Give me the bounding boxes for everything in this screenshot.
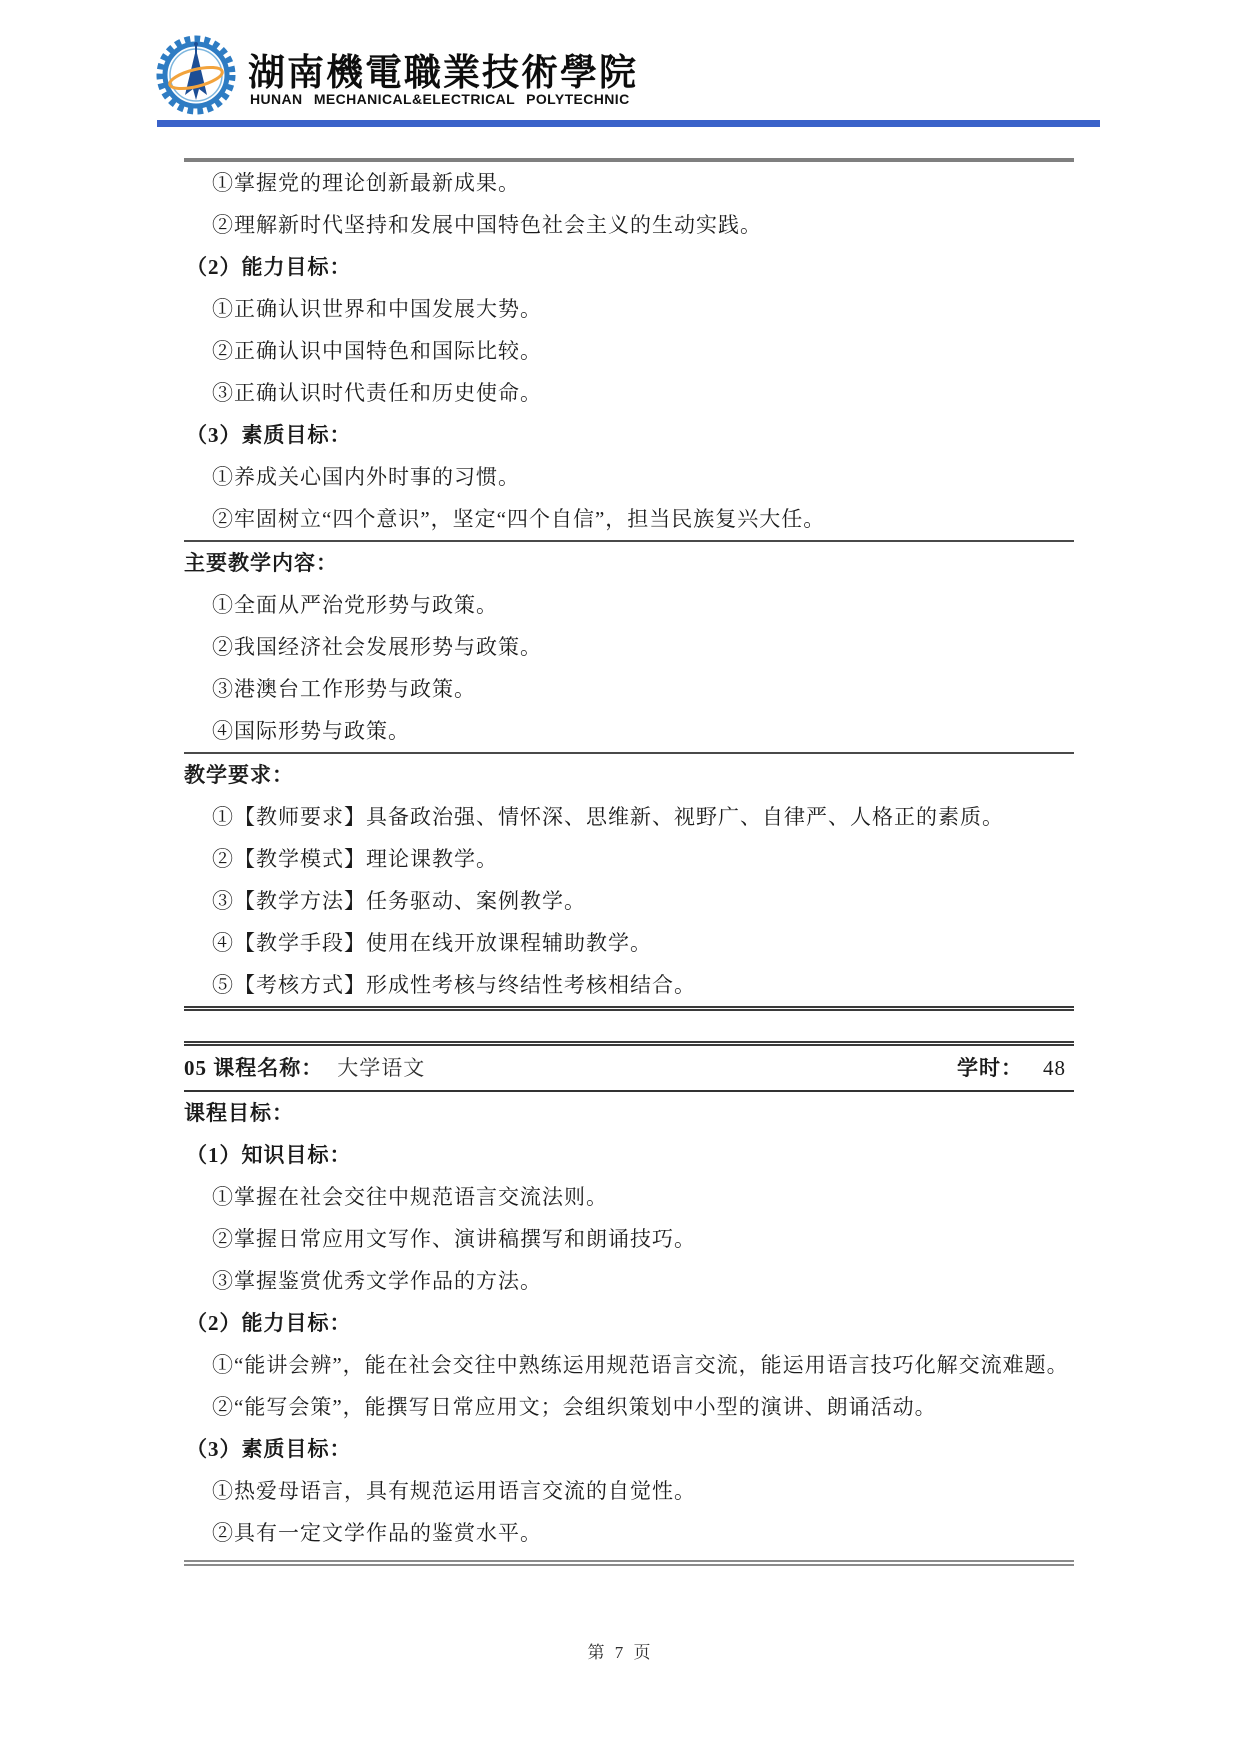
course-no-label: 05 课程名称：: [184, 1056, 323, 1080]
content-item: ①全面从严治党形势与政策。: [184, 584, 1074, 626]
objective-item: ②理解新时代坚持和发展中国特色社会主义的生动实践。: [184, 204, 1074, 246]
requirement-item: ④【教学手段】使用在线开放课程辅助教学。: [184, 922, 1074, 964]
requirement-item: ②【教学模式】理论课教学。: [184, 838, 1074, 880]
requirement-item: ⑤【考核方式】形成性考核与终结性考核相结合。: [184, 964, 1074, 1006]
objective-item: ①热爱母语言，具有规范运用语言交流的自觉性。: [184, 1470, 1074, 1512]
course-objectives-heading: 课程目标：: [184, 1092, 1074, 1134]
requirement-item: ①【教师要求】具备政治强、情怀深、思维新、视野广、自律严、人格正的素质。: [184, 796, 1074, 838]
quality-goals-heading: （3）素质目标：: [184, 414, 1074, 456]
objective-item: ①养成关心国内外时事的习惯。: [184, 456, 1074, 498]
objective-item: ①“能讲会辨”，能在社会交往中熟练运用规范语言交流，能运用语言技巧化解交流难题。: [184, 1344, 1074, 1386]
course05-table: 05 课程名称：大学语文 学时：48 课程目标： （1）知识目标： ①掌握在社会…: [184, 1041, 1074, 1566]
document-page: { "header": { "school_name_cn": "湖南機電職業技…: [0, 0, 1241, 1754]
objective-item: ②牢固树立“四个意识”，坚定“四个自信”，担当民族复兴大任。: [184, 498, 1074, 540]
objectives-continued-block: ①掌握党的理论创新最新成果。 ②理解新时代坚持和发展中国特色社会主义的生动实践。…: [184, 162, 1074, 540]
objective-item: ②正确认识中国特色和国际比较。: [184, 330, 1074, 372]
page-number-label: 第 7 页: [588, 1643, 654, 1662]
course-name-cell: 05 课程名称：大学语文: [184, 1046, 425, 1090]
requirement-item: ③【教学方法】任务驱动、案例教学。: [184, 880, 1074, 922]
objective-item: ③正确认识时代责任和历史使命。: [184, 372, 1074, 414]
ability-goals-heading: （2）能力目标：: [184, 246, 1074, 288]
header-accent-rule: [157, 120, 1100, 127]
course-title-row: 05 课程名称：大学语文 学时：48: [184, 1046, 1074, 1092]
objective-item: ②掌握日常应用文写作、演讲稿撰写和朗诵技巧。: [184, 1218, 1074, 1260]
course04-table-continued: ①掌握党的理论创新最新成果。 ②理解新时代坚持和发展中国特色社会主义的生动实践。…: [184, 158, 1074, 1011]
objective-item: ③掌握鉴赏优秀文学作品的方法。: [184, 1260, 1074, 1302]
course-name-value: 大学语文: [337, 1056, 425, 1080]
quality-goals-heading: （3）素质目标：: [184, 1428, 1074, 1470]
page-footer: 第 7 页: [0, 1638, 1241, 1663]
content-item: ④国际形势与政策。: [184, 710, 1074, 752]
teaching-content-block: 主要教学内容： ①全面从严治党形势与政策。 ②我国经济社会发展形势与政策。 ③港…: [184, 540, 1074, 752]
school-name-english: HUNAN MECHANICAL&ELECTRICAL POLYTECHNIC: [250, 91, 630, 107]
teaching-requirements-block: 教学要求： ①【教师要求】具备政治强、情怀深、思维新、视野广、自律严、人格正的素…: [184, 752, 1074, 1006]
knowledge-goals-heading: （1）知识目标：: [184, 1134, 1074, 1176]
hours-value: 48: [1043, 1056, 1066, 1080]
content-item: ③港澳台工作形势与政策。: [184, 668, 1074, 710]
content-item: ②我国经济社会发展形势与政策。: [184, 626, 1074, 668]
objective-item: ①掌握在社会交往中规范语言交流法则。: [184, 1176, 1074, 1218]
objective-item: ①掌握党的理论创新最新成果。: [184, 162, 1074, 204]
ability-goals-heading: （2）能力目标：: [184, 1302, 1074, 1344]
objective-item: ②具有一定文学作品的鉴赏水平。: [184, 1512, 1074, 1554]
objective-item: ②“能写会策”，能撰写日常应用文；会组织策划中小型的演讲、朗诵活动。: [184, 1386, 1074, 1428]
teaching-requirements-heading: 教学要求：: [184, 754, 1074, 796]
hours-label: 学时：: [957, 1056, 1023, 1080]
objective-item: ①正确认识世界和中国发展大势。: [184, 288, 1074, 330]
course05-objectives-block: 课程目标： （1）知识目标： ①掌握在社会交往中规范语言交流法则。 ②掌握日常应…: [184, 1092, 1074, 1554]
course-hours-cell: 学时：48: [957, 1046, 1074, 1090]
school-name-chinese: 湖南機電職業技術學院: [248, 42, 638, 96]
school-logo-icon: [154, 33, 238, 117]
document-content: ①掌握党的理论创新最新成果。 ②理解新时代坚持和发展中国特色社会主义的生动实践。…: [184, 158, 1074, 1566]
teaching-content-heading: 主要教学内容：: [184, 542, 1074, 584]
